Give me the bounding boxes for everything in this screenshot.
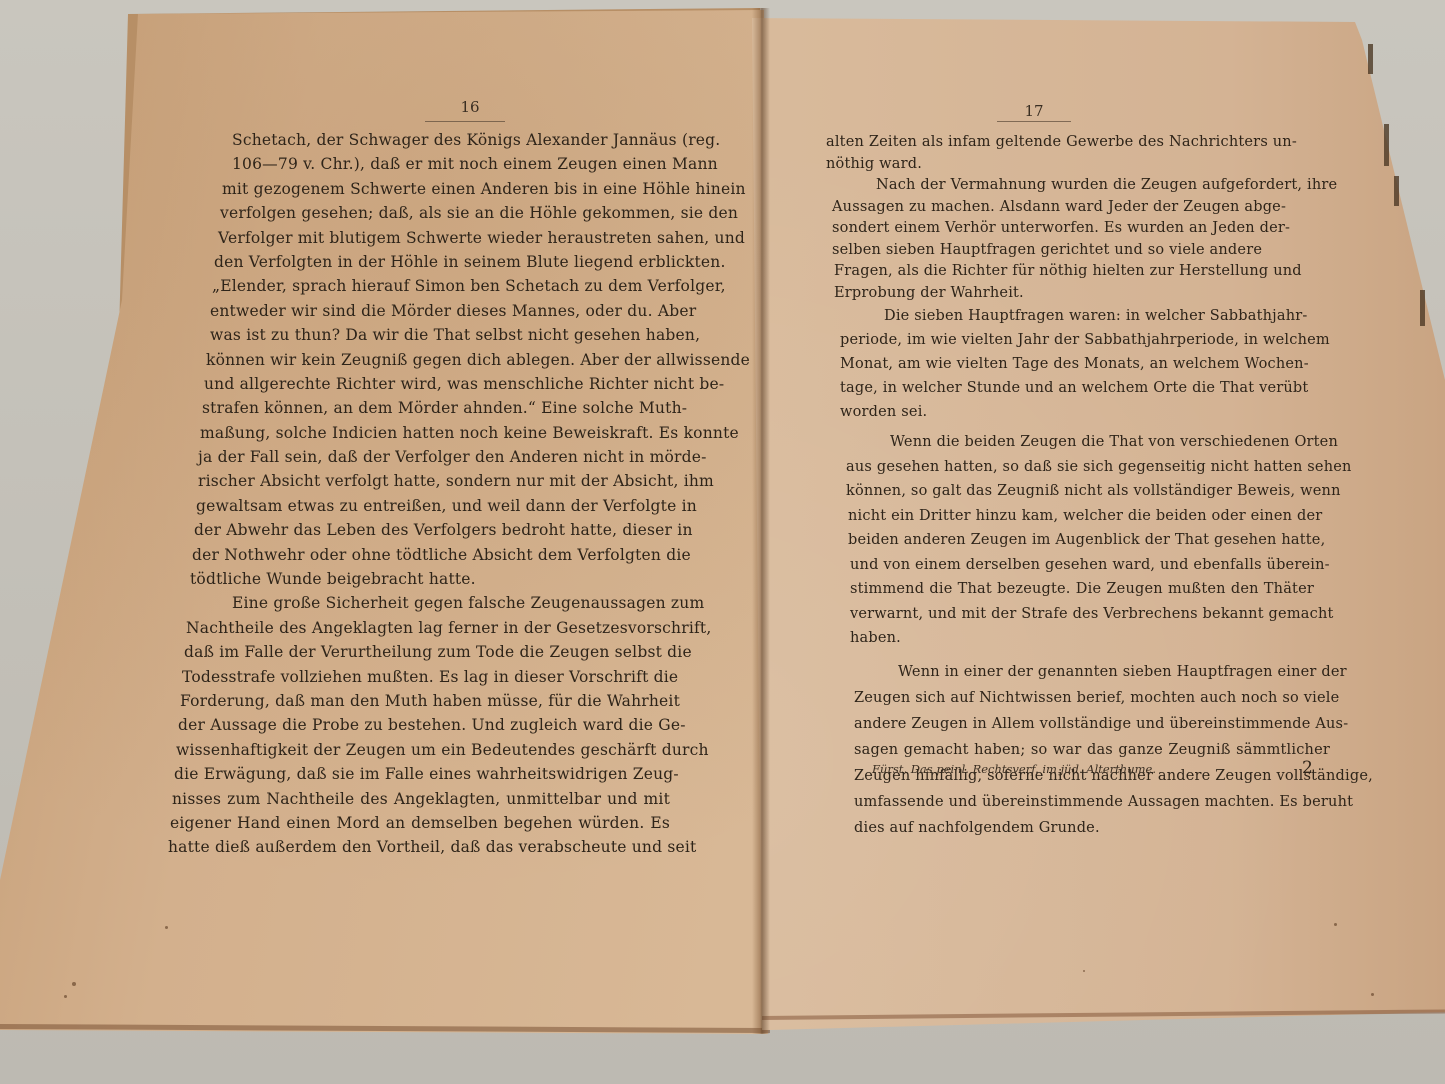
text-line: aus gesehen hatten, so daß sie sich gege… bbox=[846, 455, 1296, 480]
text-line: können wir kein Zeugniß gegen dich ableg… bbox=[206, 348, 670, 372]
text-line: hatte dieß außerdem den Vortheil, daß da… bbox=[168, 835, 670, 859]
running-footer-title: Fürst, Das peinl. Rechtsverf. im jüd. Al… bbox=[872, 762, 1156, 776]
text-line: Wenn in einer der genannten sieben Haupt… bbox=[854, 659, 1326, 685]
text-line: Fragen, als die Richter für nöthig hielt… bbox=[834, 261, 1256, 283]
paper-foxing-speck bbox=[165, 926, 168, 929]
text-line: Todesstrafe vollziehen mußten. Es lag in… bbox=[182, 665, 670, 689]
text-line: Schetach, der Schwager des Königs Alexan… bbox=[232, 128, 670, 152]
right-edge-tab-mark bbox=[1420, 290, 1425, 326]
signature-mark: 2 bbox=[1302, 758, 1313, 778]
text-line: Die sieben Hauptfragen waren: in welcher… bbox=[840, 304, 1276, 328]
text-line: was ist zu thun? Da wir die That selbst … bbox=[210, 323, 670, 347]
text-line: strafen können, an dem Mörder ahnden.“ E… bbox=[202, 396, 670, 420]
text-line: dies auf nachfolgendem Grunde. bbox=[854, 815, 1338, 841]
book-spine-gutter bbox=[752, 8, 770, 1034]
text-line: gewaltsam etwas zu entreißen, und weil d… bbox=[196, 494, 670, 518]
paper-foxing-speck bbox=[1371, 993, 1374, 996]
text-line: umfassende und übereinstimmende Aussagen… bbox=[854, 789, 1338, 815]
text-line: Nachtheile des Angeklagten lag ferner in… bbox=[186, 616, 670, 640]
right-edge-tab-mark bbox=[1394, 176, 1399, 206]
text-line: verfolgen gesehen; daß, als sie an die H… bbox=[220, 201, 670, 225]
text-line: den Verfolgten in der Höhle in seinem Bl… bbox=[214, 250, 670, 274]
text-line: die Erwägung, daß sie im Falle eines wah… bbox=[174, 762, 670, 786]
text-line: können, so galt das Zeugniß nicht als vo… bbox=[846, 479, 1298, 504]
paper-foxing-speck bbox=[72, 982, 76, 986]
text-line: wissenhaftigkeit der Zeugen um ein Bedeu… bbox=[176, 738, 670, 762]
text-line: sagen gemacht haben; so war das ganze Ze… bbox=[854, 737, 1330, 763]
text-line: haben. bbox=[850, 626, 1316, 651]
text-line: der Abwehr das Leben des Verfolgers bedr… bbox=[194, 518, 670, 542]
text-line: daß im Falle der Verurtheilung zum Tode … bbox=[184, 640, 670, 664]
text-line: entweder wir sind die Mörder dieses Mann… bbox=[210, 299, 670, 323]
text-line: tage, in welcher Stunde und an welchem O… bbox=[840, 376, 1282, 400]
paper-foxing-speck bbox=[64, 995, 67, 998]
text-line: verwarnt, und mit der Strafe des Verbrec… bbox=[850, 602, 1316, 627]
text-line: nicht ein Dritter hinzu kam, welcher die… bbox=[848, 504, 1304, 529]
text-line: sondert einem Verhör unterworfen. Es wur… bbox=[832, 218, 1252, 240]
left-page-number-rule bbox=[425, 121, 505, 122]
text-line: Erprobung der Wahrheit. bbox=[834, 283, 1256, 305]
text-line: mit gezogenem Schwerte einen Anderen bis… bbox=[222, 177, 670, 201]
text-line: und allgerechte Richter wird, was mensch… bbox=[204, 372, 670, 396]
left-page-body: Schetach, der Schwager des Königs Alexan… bbox=[218, 128, 670, 860]
text-line: der Aussage die Probe zu bestehen. Und z… bbox=[178, 713, 670, 737]
right-edge-tab-mark bbox=[1384, 124, 1389, 166]
text-line: der Nothwehr oder ohne tödtliche Absicht… bbox=[192, 543, 670, 567]
text-line: Eine große Sicherheit gegen falsche Zeug… bbox=[188, 591, 670, 615]
text-line: periode, im wie vielten Jahr der Sabbath… bbox=[840, 328, 1276, 352]
text-line: Monat, am wie vielten Tage des Monats, a… bbox=[840, 352, 1276, 376]
text-line: tödtliche Wunde beigebracht hatte. bbox=[190, 567, 670, 591]
text-line: maßung, solche Indicien hatten noch kein… bbox=[200, 421, 670, 445]
text-line: und von einem derselben gesehen ward, un… bbox=[850, 553, 1310, 578]
text-line: Wenn die beiden Zeugen die That von vers… bbox=[846, 430, 1294, 455]
text-line: Nach der Vermahnung wurden die Zeugen au… bbox=[832, 175, 1250, 197]
text-line: Zeugen sich auf Nichtwissen berief, moch… bbox=[854, 685, 1326, 711]
text-line: ja der Fall sein, daß der Verfolger den … bbox=[198, 445, 670, 469]
text-line: alten Zeiten als infam geltende Gewerbe … bbox=[826, 132, 1246, 154]
text-line: rischer Absicht verfolgt hatte, sondern … bbox=[198, 469, 670, 493]
text-line: beiden anderen Zeugen im Augenblick der … bbox=[848, 528, 1306, 553]
text-line: nisses zum Nachtheile des Angeklagten, u… bbox=[172, 787, 670, 811]
text-line: andere Zeugen in Allem vollständige und … bbox=[854, 711, 1328, 737]
paper-foxing-speck bbox=[1083, 970, 1085, 972]
text-line: worden sei. bbox=[840, 400, 1282, 424]
text-line: nöthig ward. bbox=[826, 154, 1246, 176]
text-line: Verfolger mit blutigem Schwerte wieder h… bbox=[218, 226, 670, 250]
left-page-number: 16 bbox=[430, 98, 510, 116]
text-line: selben sieben Hauptfragen gerichtet und … bbox=[832, 240, 1254, 262]
text-line: Forderung, daß man den Muth haben müsse,… bbox=[180, 689, 670, 713]
right-page-body: alten Zeiten als infam geltende Gewerbe … bbox=[826, 132, 1246, 841]
right-page-number: 17 bbox=[994, 102, 1074, 120]
right-page-number-rule bbox=[997, 121, 1071, 122]
text-line: eigener Hand einen Mord an demselben beg… bbox=[170, 811, 670, 835]
text-line: „Elender, sprach hierauf Simon ben Schet… bbox=[212, 274, 670, 298]
text-line: Aussagen zu machen. Alsdann ward Jeder d… bbox=[832, 197, 1250, 219]
text-line: 106—79 v. Chr.), daß er mit noch einem Z… bbox=[232, 152, 670, 176]
text-line: stimmend die That bezeugte. Die Zeugen m… bbox=[850, 577, 1314, 602]
right-edge-tab-mark bbox=[1368, 44, 1373, 74]
paper-foxing-speck bbox=[1334, 923, 1337, 926]
book-photo: 16 Schetach, der Schwager des Königs Ale… bbox=[0, 0, 1445, 1084]
